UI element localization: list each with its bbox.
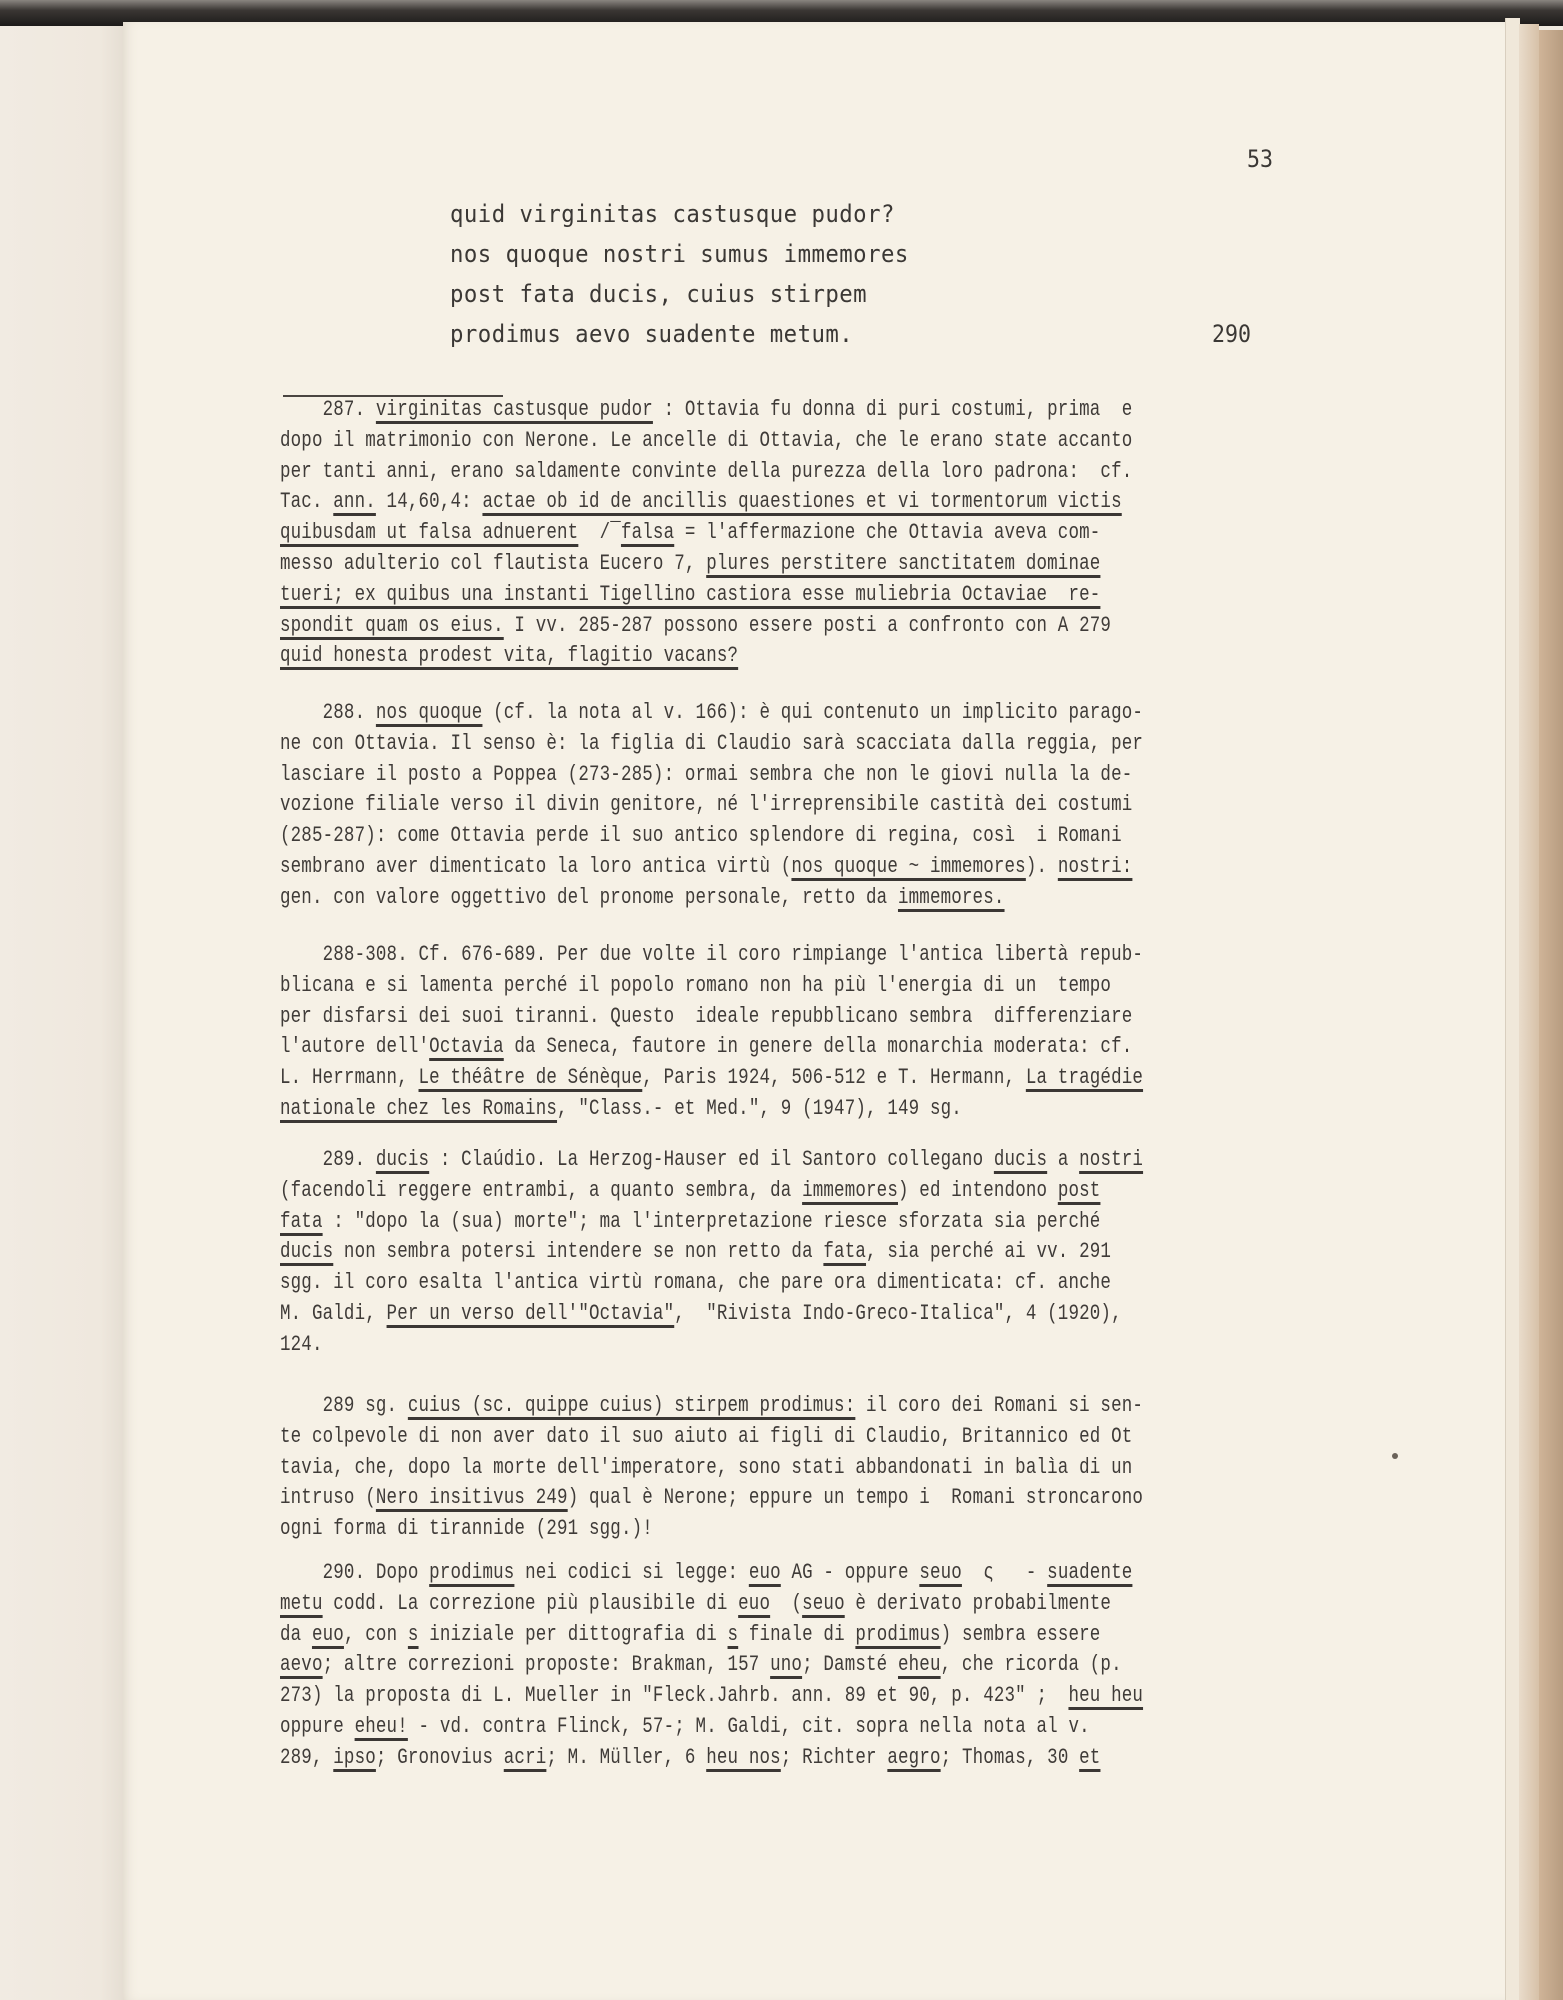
note-line: nationale chez les Romains, "Class.- et … xyxy=(280,1096,962,1121)
underlined-citation: s xyxy=(408,1622,419,1647)
note-text: AG - oppure xyxy=(781,1560,920,1585)
underlined-citation: euo xyxy=(312,1622,344,1647)
note-text: ) sembra essere xyxy=(941,1622,1101,1647)
note-line: metu codd. La correzione più plausibile … xyxy=(280,1591,1111,1616)
note-text: codd. La correzione più plausibile di xyxy=(323,1591,739,1616)
underlined-citation: s xyxy=(728,1622,739,1647)
underlined-citation: seuo xyxy=(919,1560,962,1585)
verse-line: quid virginitas castusque pudor? xyxy=(450,200,895,228)
underlined-citation: La tragédie xyxy=(1026,1065,1143,1090)
verse-line-number: 290 xyxy=(1212,320,1251,348)
underlined-citation: fata xyxy=(280,1209,323,1234)
note-text: M. Galdi, xyxy=(280,1301,387,1326)
underlined-citation: eheu xyxy=(898,1652,941,1677)
note-line: 288. nos quoque (cf. la nota al v. 166):… xyxy=(280,700,1143,725)
note-text: ; M. Müller, 6 xyxy=(546,1745,706,1770)
page-number: 53 xyxy=(1247,145,1273,173)
underlined-citation: quibusdam ut falsa adnuerent xyxy=(280,520,578,545)
note-line: M. Galdi, Per un verso dell'"Octavia", "… xyxy=(280,1301,1122,1326)
underlined-citation: aevo xyxy=(280,1652,323,1677)
note-text: ) qual è Nerone; eppure un tempo i Roman… xyxy=(568,1485,1143,1510)
underlined-citation: metu xyxy=(280,1591,323,1616)
note-line: 290. Dopo prodimus nei codici si legge: … xyxy=(280,1560,1132,1585)
note-text: (facendoli reggere entrambi, a quanto se… xyxy=(280,1178,802,1203)
note-line: ogni forma di tirannide (291 sgg.)! xyxy=(280,1516,653,1541)
note-text: non sembra potersi intendere se non rett… xyxy=(333,1239,823,1264)
note-text: 273) la proposta di L. Mueller in "Fleck… xyxy=(280,1683,1068,1708)
note-text: messo adulterio col flautista Eucero 7, xyxy=(280,551,706,576)
underlined-citation: post xyxy=(1058,1178,1101,1203)
underlined-citation: Le théâtre de Sénèque xyxy=(419,1065,643,1090)
note-line: 288-308. Cf. 676-689. Per due volte il c… xyxy=(280,942,1143,967)
underlined-citation: eheu! xyxy=(355,1714,408,1739)
note-line: sgg. il coro esalta l'antica virtù roman… xyxy=(280,1270,1111,1295)
note-line: sembrano aver dimenticato la loro antica… xyxy=(280,854,1132,879)
note-text: ; altre correzioni proposte: Brakman, 15… xyxy=(323,1652,770,1677)
underlined-citation: immemores xyxy=(802,1178,898,1203)
note-text: intruso ( xyxy=(280,1485,376,1510)
note-text: - vd. contra Flinck, 57-; M. Galdi, cit.… xyxy=(408,1714,1090,1739)
underlined-citation: virginitas castusque pudor xyxy=(376,397,653,422)
note-text: : "dopo la (sua) morte"; ma l'interpreta… xyxy=(323,1209,1101,1234)
underlined-citation: prodimus xyxy=(429,1560,514,1585)
note-line: blicana e si lamenta perché il popolo ro… xyxy=(280,973,1111,998)
note-text: L. Herrmann, xyxy=(280,1065,419,1090)
facing-page-edge xyxy=(0,26,125,2000)
verse-line: post fata ducis, cuius stirpem xyxy=(450,280,867,308)
note-line: 289, ipso; Gronovius acri; M. Müller, 6 … xyxy=(280,1745,1100,1770)
note-text: /‾ xyxy=(578,520,621,545)
underlined-citation: falsa xyxy=(621,520,674,545)
note-text: oppure xyxy=(280,1714,355,1739)
note-text: Tac. xyxy=(280,489,333,514)
note-line: spondit quam os eius. I vv. 285-287 poss… xyxy=(280,613,1111,638)
note-line: fata : "dopo la (sua) morte"; ma l'inter… xyxy=(280,1209,1100,1234)
note-line: ne con Ottavia. Il senso è: la figlia di… xyxy=(280,731,1143,756)
note-text: (285-287): come Ottavia perde il suo ant… xyxy=(280,823,1122,848)
note-text: gen. con valore oggettivo del pronome pe… xyxy=(280,885,898,910)
note-text: dopo il matrimonio con Nerone. Le ancell… xyxy=(280,428,1132,453)
underlined-citation: nationale chez les Romains xyxy=(280,1096,557,1121)
underlined-citation: euo xyxy=(738,1591,770,1616)
underlined-citation: suadente xyxy=(1047,1560,1132,1585)
note-line: oppure eheu! - vd. contra Flinck, 57-; M… xyxy=(280,1714,1090,1739)
note-line: aevo; altre correzioni proposte: Brakman… xyxy=(280,1652,1122,1677)
note-line: (facendoli reggere entrambi, a quanto se… xyxy=(280,1178,1100,1203)
note-text: sgg. il coro esalta l'antica virtù roman… xyxy=(280,1270,1111,1295)
underlined-citation: ducis xyxy=(280,1239,333,1264)
underlined-citation: uno xyxy=(770,1652,802,1677)
note-text: ; Gronovius xyxy=(376,1745,504,1770)
underlined-citation: euo xyxy=(749,1560,781,1585)
note-line: 287. virginitas castusque pudor : Ottavi… xyxy=(280,397,1132,422)
note-text: 288-308. Cf. 676-689. Per due volte il c… xyxy=(280,942,1143,967)
note-text: 290. Dopo xyxy=(280,1560,429,1585)
note-text: il coro dei Romani si sen- xyxy=(855,1393,1143,1418)
note-text: 288. xyxy=(280,700,376,725)
note-text: 289 sg. xyxy=(280,1393,408,1418)
underlined-citation: actae ob id de ancillis quaestiones et v… xyxy=(482,489,1121,514)
note-line: te colpevole di non aver dato il suo aiu… xyxy=(280,1424,1132,1449)
note-line: intruso (Nero insitivus 249) qual è Nero… xyxy=(280,1485,1143,1510)
note-line: messo adulterio col flautista Eucero 7, … xyxy=(280,551,1100,576)
underlined-citation: aegro xyxy=(887,1745,940,1770)
note-text: , Paris 1924, 506-512 e T. Hermann, xyxy=(642,1065,1026,1090)
underlined-citation: seuo xyxy=(802,1591,845,1616)
note-text: per tanti anni, erano saldamente convint… xyxy=(280,459,1132,484)
underlined-citation: plures perstitere sanctitatem dominae xyxy=(706,551,1100,576)
note-line: quibusdam ut falsa adnuerent /‾falsa = l… xyxy=(280,520,1100,545)
note-text: ; Thomas, 30 xyxy=(941,1745,1080,1770)
underlined-citation: heu nos xyxy=(706,1745,781,1770)
note-text: ne con Ottavia. Il senso è: la figlia di… xyxy=(280,731,1143,756)
underlined-citation: heu heu xyxy=(1068,1683,1143,1708)
note-line: Tac. ann. 14,60,4: actae ob id de ancill… xyxy=(280,489,1122,514)
underlined-citation: quid honesta prodest vita, flagitio vaca… xyxy=(280,643,738,668)
note-text: (cf. la nota al v. 166): è qui contenuto… xyxy=(482,700,1143,725)
note-line: gen. con valore oggettivo del pronome pe… xyxy=(280,885,1005,910)
page-stack-edge xyxy=(1505,18,1520,2000)
note-text: per disfarsi dei suoi tiranni. Questo id… xyxy=(280,1004,1132,1029)
note-text: sembrano aver dimenticato la loro antica… xyxy=(280,854,791,879)
paper-speck xyxy=(1392,1453,1398,1459)
note-text: da xyxy=(280,1622,312,1647)
note-text: ogni forma di tirannide (291 sgg.)! xyxy=(280,1516,653,1541)
note-text: nei codici si legge: xyxy=(514,1560,748,1585)
note-text: ( xyxy=(770,1591,802,1616)
underlined-citation: acri xyxy=(504,1745,547,1770)
note-text: a xyxy=(1047,1147,1079,1172)
underlined-citation: nos quoque xyxy=(376,700,483,725)
note-text: 287. xyxy=(280,397,376,422)
note-line: (285-287): come Ottavia perde il suo ant… xyxy=(280,823,1122,848)
note-text: da Seneca, fautore in genere della monar… xyxy=(504,1034,1133,1059)
note-text: iniziale per dittografia di xyxy=(419,1622,728,1647)
note-text: , sia perché ai vv. 291 xyxy=(866,1239,1111,1264)
note-text: , "Class.- et Med.", 9 (1947), 149 sg. xyxy=(557,1096,962,1121)
note-line: ducis non sembra potersi intendere se no… xyxy=(280,1239,1111,1264)
note-line: da euo, con s iniziale per dittografia d… xyxy=(280,1622,1100,1647)
underlined-citation: nostri: xyxy=(1058,854,1133,879)
note-text: ). xyxy=(1026,854,1058,879)
note-text: : Ottavia fu donna di puri costumi, prim… xyxy=(653,397,1132,422)
note-text: , che ricorda (p. xyxy=(941,1652,1122,1677)
underlined-citation: ducis xyxy=(994,1147,1047,1172)
note-text: te colpevole di non aver dato il suo aiu… xyxy=(280,1424,1132,1449)
verse-line: nos quoque nostri sumus immemores xyxy=(450,240,909,268)
note-text: , con xyxy=(344,1622,408,1647)
underlined-citation: ducis xyxy=(376,1147,429,1172)
note-line: 124. xyxy=(280,1332,323,1357)
underlined-citation: Per un verso dell'"Octavia" xyxy=(387,1301,675,1326)
note-line: tueri; ex quibus una instanti Tigellino … xyxy=(280,582,1100,607)
underlined-citation: ann. xyxy=(333,489,376,514)
note-text: ; Richter xyxy=(781,1745,888,1770)
note-line: per tanti anni, erano saldamente convint… xyxy=(280,459,1132,484)
note-text: 14,60,4: xyxy=(376,489,483,514)
note-text: : Claúdio. La Herzog-Hauser ed il Santor… xyxy=(429,1147,994,1172)
note-text: finale di xyxy=(738,1622,855,1647)
page-stack-edge xyxy=(1519,24,1539,2000)
note-line: vozione filiale verso il divin genitore,… xyxy=(280,792,1132,817)
note-text: ς - xyxy=(962,1560,1047,1585)
note-text: ) ed intendono xyxy=(898,1178,1058,1203)
underlined-citation: immemores. xyxy=(898,885,1005,910)
note-line: l'autore dell'Octavia da Seneca, fautore… xyxy=(280,1034,1132,1059)
note-line: 273) la proposta di L. Mueller in "Fleck… xyxy=(280,1683,1143,1708)
underlined-citation: nos quoque ~ immemores xyxy=(791,854,1025,879)
note-text: vozione filiale verso il divin genitore,… xyxy=(280,792,1132,817)
underlined-citation: et xyxy=(1079,1745,1100,1770)
note-text: è derivato probabilmente xyxy=(845,1591,1111,1616)
note-text: tavia, che, dopo la morte dell'imperator… xyxy=(280,1455,1132,1480)
note-text: blicana e si lamenta perché il popolo ro… xyxy=(280,973,1111,998)
note-line: quid honesta prodest vita, flagitio vaca… xyxy=(280,643,738,668)
note-text: ; Damsté xyxy=(802,1652,898,1677)
underlined-citation: cuius (sc. quippe cuius) stirpem prodimu… xyxy=(408,1393,855,1418)
note-text: 289, xyxy=(280,1745,333,1770)
note-line: 289 sg. cuius (sc. quippe cuius) stirpem… xyxy=(280,1393,1143,1418)
note-line: per disfarsi dei suoi tiranni. Questo id… xyxy=(280,1004,1132,1029)
note-text: 124. xyxy=(280,1332,323,1357)
verse-line: prodimus aevo suadente metum. xyxy=(450,320,853,348)
note-text: I vv. 285-287 possono essere posti a con… xyxy=(504,613,1111,638)
note-line: L. Herrmann, Le théâtre de Sénèque, Pari… xyxy=(280,1065,1143,1090)
underlined-citation: ipso xyxy=(333,1745,376,1770)
note-text: , "Rivista Indo-Greco-Italica", 4 (1920)… xyxy=(674,1301,1121,1326)
underlined-citation: fata xyxy=(823,1239,866,1264)
underlined-citation: prodimus xyxy=(855,1622,940,1647)
note-text: = l'affermazione che Ottavia aveva com- xyxy=(674,520,1100,545)
underlined-citation: Octavia xyxy=(429,1034,504,1059)
note-line: tavia, che, dopo la morte dell'imperator… xyxy=(280,1455,1132,1480)
note-line: lasciare il posto a Poppea (273-285): or… xyxy=(280,762,1132,787)
note-text: 289. xyxy=(280,1147,376,1172)
underlined-citation: spondit quam os eius. xyxy=(280,613,504,638)
underlined-citation: tueri; ex quibus una instanti Tigellino … xyxy=(280,582,1100,607)
underlined-citation: nostri xyxy=(1079,1147,1143,1172)
note-text: lasciare il posto a Poppea (273-285): or… xyxy=(280,762,1132,787)
note-text: l'autore dell' xyxy=(280,1034,429,1059)
note-line: dopo il matrimonio con Nerone. Le ancell… xyxy=(280,428,1132,453)
underlined-citation: Nero insitivus 249 xyxy=(376,1485,568,1510)
note-line: 289. ducis : Claúdio. La Herzog-Hauser e… xyxy=(280,1147,1143,1172)
book-cover-edge xyxy=(1539,30,1563,2000)
